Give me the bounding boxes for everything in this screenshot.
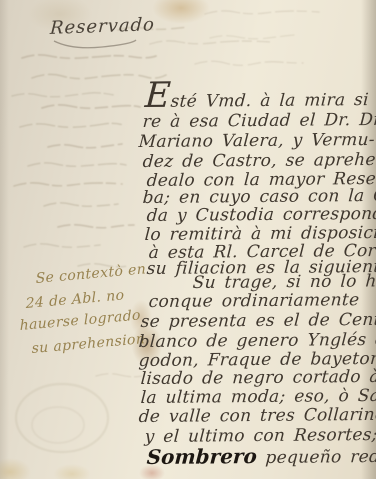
- heavy-ink-word: Sombrero: [146, 444, 258, 469]
- manuscript-line: Sombrero pequeño redondi:: [146, 444, 376, 470]
- manuscript-page: Reservado Se contextò en 24 de Abl. no h…: [0, 0, 376, 479]
- reserved-annotation: Reservado: [49, 14, 155, 39]
- manuscript-line-rest: pequeño redondi:: [256, 447, 376, 468]
